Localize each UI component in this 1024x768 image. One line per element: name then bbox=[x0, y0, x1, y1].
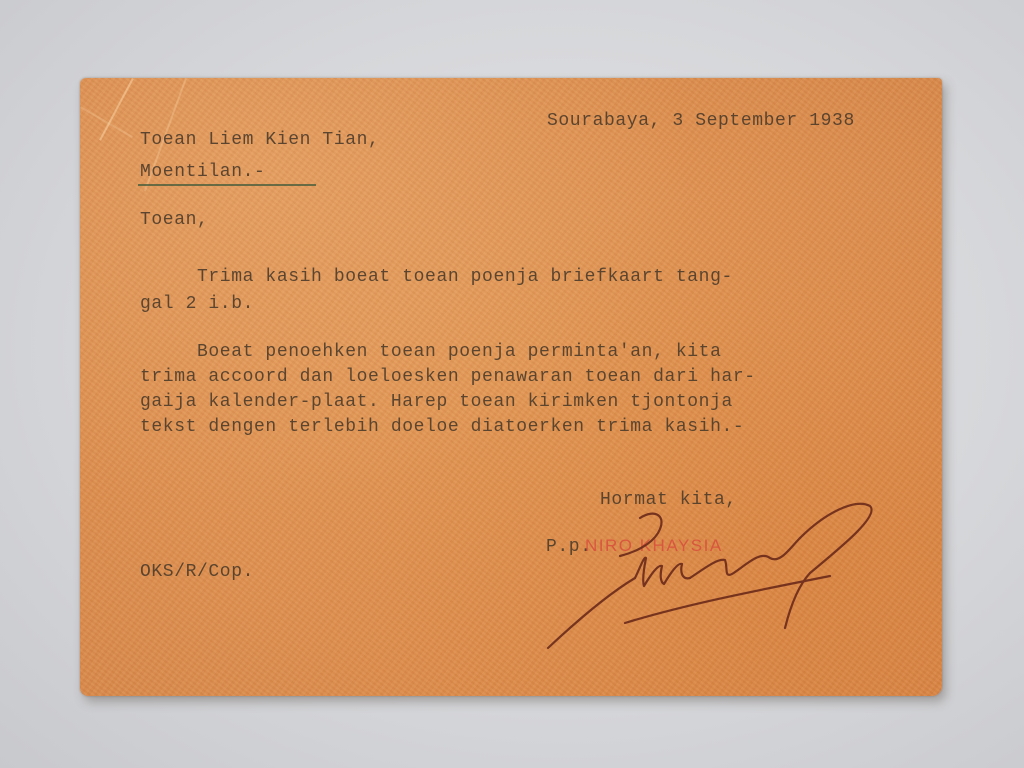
addressee-name: Toean Liem Kien Tian, bbox=[140, 130, 379, 150]
addressee-place: Moentilan.- bbox=[140, 162, 265, 182]
postcard: Sourabaya, 3 September 1938 Toean Liem K… bbox=[80, 78, 942, 696]
signature-icon bbox=[540, 498, 880, 658]
letter-date: Sourabaya, 3 September 1938 bbox=[547, 111, 855, 131]
paper-crease bbox=[99, 78, 134, 141]
salutation: Toean, bbox=[140, 210, 208, 230]
place-underline bbox=[138, 184, 316, 186]
letter-paragraph-1: Trima kasih boeat toean poenja briefkaar… bbox=[140, 264, 733, 318]
paper-crease bbox=[80, 106, 133, 138]
letter-paragraph-2: Boeat penoehken toean poenja perminta'an… bbox=[140, 340, 756, 440]
reference-code: OKS/R/Cop. bbox=[140, 562, 254, 582]
